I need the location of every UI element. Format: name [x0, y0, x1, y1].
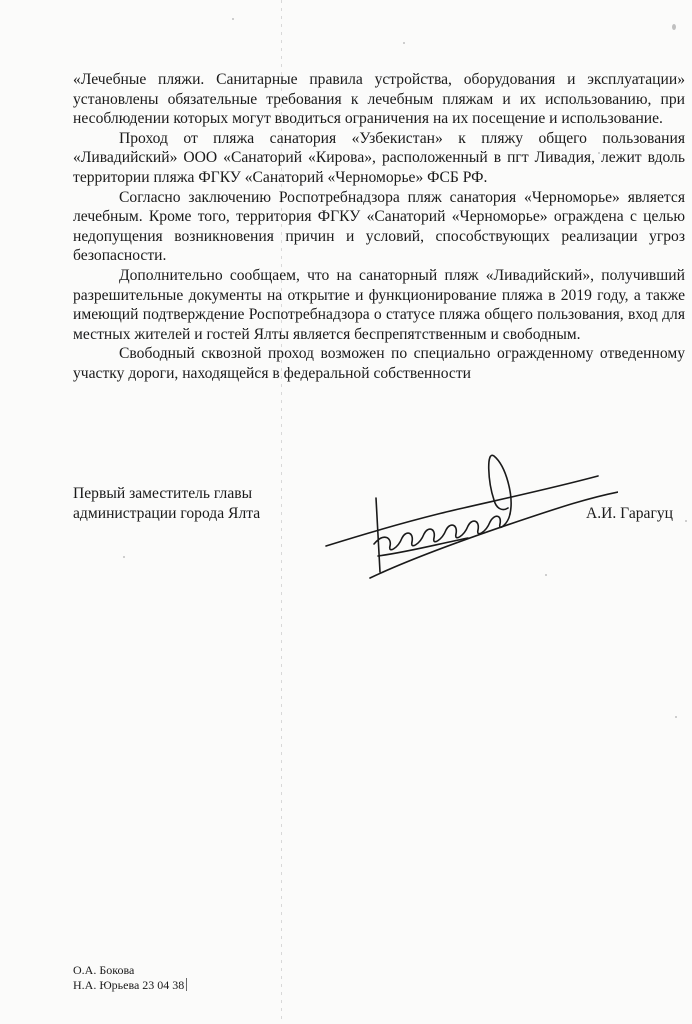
- letter-body: «Лечебные пляжи. Санитарные правила устр…: [73, 70, 685, 384]
- executor-line-2: Н.А. Юрьева 23 04 38: [73, 978, 187, 993]
- paragraph-sanitary-rules: «Лечебные пляжи. Санитарные правила устр…: [73, 70, 685, 129]
- scan-speck: [123, 556, 125, 558]
- paragraph-livadiysky-beach: Дополнительно сообщаем, что на санаторны…: [73, 266, 685, 344]
- document-page: «Лечебные пляжи. Санитарные правила устр…: [0, 0, 692, 1024]
- scan-speck: [675, 716, 677, 718]
- paragraph-free-passage: Свободный сквозной проход возможен по сп…: [73, 344, 685, 383]
- executor-line-2-text: Н.А. Юрьева 23 04 38: [73, 978, 184, 992]
- executor-info: О.А. Бокова Н.А. Юрьева 23 04 38: [73, 963, 187, 993]
- scan-artifact-bar: [186, 978, 187, 991]
- executor-line-1: О.А. Бокова: [73, 963, 187, 978]
- scan-speck: [232, 18, 234, 20]
- scan-speck: [672, 24, 676, 30]
- paragraph-passage: Проход от пляжа санатория «Узбекистан» к…: [73, 129, 685, 188]
- paragraph-rospotrebnadzor: Согласно заключению Роспотребнадзора пля…: [73, 188, 685, 266]
- handwritten-signature-icon: [318, 452, 618, 582]
- scan-speck: [403, 42, 405, 44]
- scan-speck: [685, 520, 687, 522]
